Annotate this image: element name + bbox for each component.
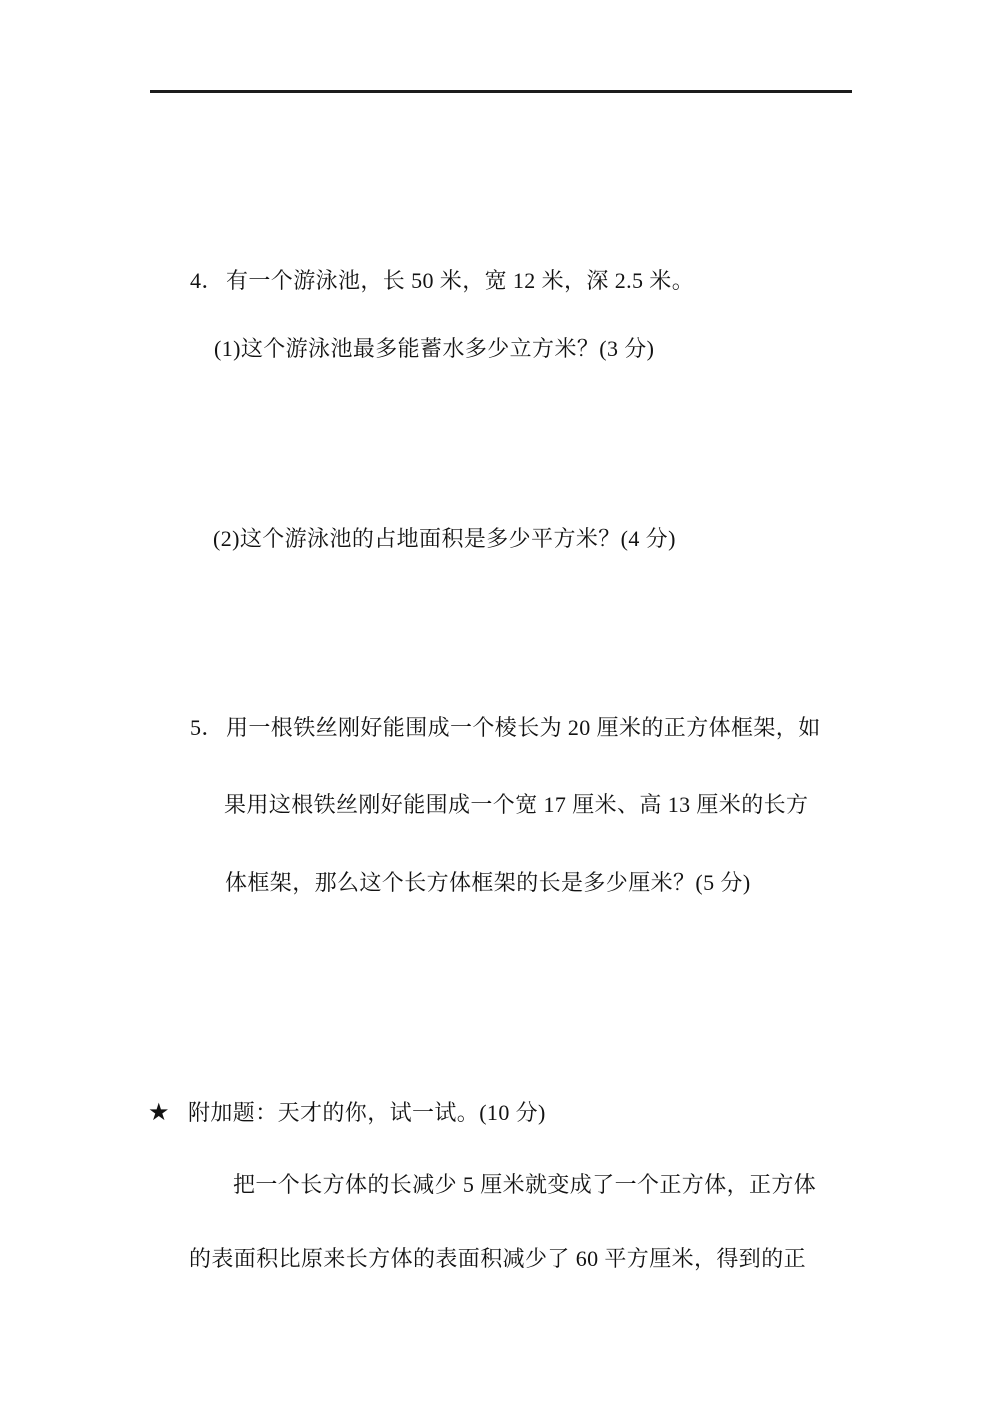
question-4-number: 4．	[190, 266, 226, 296]
question-4-part-2: (2)这个游泳池的占地面积是多少平方米？(4 分)	[213, 524, 676, 554]
question-4-text: 有一个游泳池，长 50 米，宽 12 米，深 2.5 米。	[226, 268, 694, 293]
top-divider-rule	[150, 90, 852, 93]
star-icon: ★	[148, 1098, 188, 1128]
question-4-stem: 4．有一个游泳池，长 50 米，宽 12 米，深 2.5 米。	[190, 266, 694, 296]
bonus-question-header: ★附加题：天才的你，试一试。(10 分)	[148, 1098, 546, 1128]
bonus-question-text-line-1: 把一个长方体的长减少 5 厘米就变成了一个正方体，正方体	[233, 1170, 816, 1200]
question-5-text-line-2: 果用这根铁丝刚好能围成一个宽 17 厘米、高 13 厘米的长方	[224, 790, 808, 820]
question-5-text-line-1: 用一根铁丝刚好能围成一个棱长为 20 厘米的正方体框架，如	[226, 715, 821, 740]
question-5-number: 5．	[190, 713, 226, 743]
bonus-question-text-line-2: 的表面积比原来长方体的表面积减少了 60 平方厘米，得到的正	[189, 1244, 806, 1274]
question-5-text-line-3: 体框架，那么这个长方体框架的长是多少厘米？(5 分)	[225, 868, 751, 898]
bonus-question-title: 附加题：天才的你，试一试。(10 分)	[188, 1100, 546, 1125]
worksheet-page: 4．有一个游泳池，长 50 米，宽 12 米，深 2.5 米。 (1)这个游泳池…	[0, 0, 1000, 1415]
question-5-stem: 5．用一根铁丝刚好能围成一个棱长为 20 厘米的正方体框架，如	[190, 713, 821, 743]
question-4-part-1: (1)这个游泳池最多能蓄水多少立方米？(3 分)	[214, 334, 654, 364]
